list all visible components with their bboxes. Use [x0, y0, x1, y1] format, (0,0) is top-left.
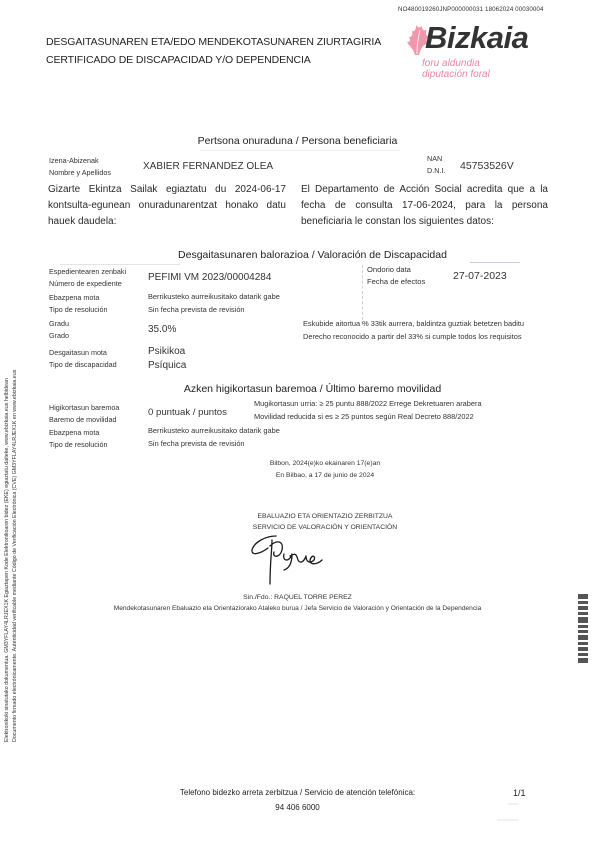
file-label-es: Número de expediente — [49, 278, 126, 290]
scale-label-es: Baremo de movilidad — [49, 414, 119, 426]
page-number: 1/1 — [513, 788, 526, 798]
id-label-es: D.N.I. — [427, 165, 445, 177]
mobility-note-es: Movilidad reducida si es ≥ 25 puntos seg… — [254, 410, 482, 423]
reference-code: NO480019260JNP000000031 18062024 0003000… — [398, 6, 544, 13]
faint-stamp: ▫▫▫▫▫ — [508, 802, 519, 808]
handwritten-signature — [248, 532, 338, 592]
mobility-resolution-label: Ebazpena mota Tipo de resolución — [49, 427, 107, 451]
statement-eu: Gizarte Ekintza Sailak egiaztatu du 2024… — [48, 182, 286, 230]
resolution-eu: Berrikusteko aurreikusitako datarik gabe — [148, 290, 280, 303]
beneficiary-name: XABIER FERNANDEZ OLEA — [143, 161, 273, 172]
mobility-scale-label: Higikortasun baremoa Baremo de movilidad — [49, 402, 119, 426]
mobility-resolution-label-eu: Ebazpena mota — [49, 427, 107, 439]
verification-line-es: Documento firmado electrónicamente. Aute… — [12, 370, 20, 742]
grade-value: 35.0% — [148, 324, 176, 335]
scale-label-eu: Higikortasun baremoa — [49, 402, 119, 414]
id-label: NAN D.N.I. — [427, 153, 445, 177]
logo-wordmark: Bizkaia — [425, 20, 528, 56]
mobility-points: 0 puntuak / puntos — [148, 407, 227, 418]
place-date-es: En Bilbao, a 17 de junio de 2024 — [190, 470, 460, 482]
logo-subtitle-eu: foru aldundia — [422, 58, 480, 69]
disability-type-value: Psikikoa Psíquica — [148, 345, 186, 373]
resolution-label-eu: Ebazpena mota — [49, 292, 107, 304]
grade-note-eu: Eskubide aitortua % 33tik aurrera, baldi… — [303, 317, 524, 330]
name-label-eu: Izena-Abizenak — [49, 155, 111, 167]
effect-label-es: Fecha de efectos — [367, 276, 425, 288]
file-label: Espedientearen zenbaki Número de expedie… — [49, 266, 126, 290]
document-title-eu: DESGAITASUNAREN ETA/EDO MENDEKOTASUNAREN… — [46, 36, 381, 48]
file-label-eu: Espedientearen zenbaki — [49, 266, 126, 278]
divider — [362, 265, 363, 325]
effect-date: 27-07-2023 — [453, 270, 507, 282]
resolution-es: Sin fecha prevista de revisión — [148, 303, 280, 316]
file-number: PEFIMI VM 2023/00004284 — [148, 272, 271, 283]
document-title-es: CERTIFICADO DE DISCAPACIDAD Y/O DEPENDEN… — [46, 54, 311, 66]
grade-label: Gradu Grado — [49, 318, 69, 342]
resolution-value: Berrikusteko aurreikusitako datarik gabe… — [148, 290, 280, 316]
grade-note-es: Derecho reconocido a partir del 33% si c… — [303, 330, 524, 343]
place-date-eu: Bilbon, 2024(e)ko ekainaren 17(e)an — [190, 458, 460, 470]
effect-label-eu: Ondorio data — [367, 264, 425, 276]
disability-heading: Desgaitasunaren balorazioa / Valoración … — [0, 249, 595, 261]
mobility-resolution-label-es: Tipo de resolución — [49, 439, 107, 451]
barcode — [578, 594, 588, 674]
phone-label: Telefono bidezko arreta zerbitzua / Serv… — [0, 788, 595, 797]
signature-service: EBALUAZIO ETA ORIENTAZIO ZERBITZUA SERVI… — [170, 511, 480, 533]
divider — [200, 150, 400, 151]
service-eu: EBALUAZIO ETA ORIENTAZIO ZERBITZUA — [170, 511, 480, 522]
phone-number: 94 406 6000 — [0, 803, 595, 812]
mobility-note: Mugikortasun urria: ≥ 25 puntu 888/2022 … — [254, 397, 482, 423]
type-label-eu: Desgaitasun mota — [49, 347, 117, 359]
verification-line-eu: Elektronikoki sinatutako dokumentua. GM3… — [4, 370, 12, 742]
grade-label-eu: Gradu — [49, 318, 69, 330]
beneficiary-id: 45753526V — [460, 160, 514, 172]
verification-sidebar: Elektronikoki sinatutako dokumentua. GM3… — [4, 370, 19, 742]
signer-position: Mendekotasunaren Ebaluazio eta Orientazi… — [0, 603, 595, 614]
disability-type-label: Desgaitasun mota Tipo de discapacidad — [49, 347, 117, 371]
faint-stamp: ▫▫▫▫▫▫▫▫▫▫ — [497, 818, 518, 824]
resolution-label: Ebazpena mota Tipo de resolución — [49, 292, 107, 316]
beneficiary-heading: Pertsona onuraduna / Persona beneficiari… — [0, 135, 595, 147]
effect-date-label: Ondorio data Fecha de efectos — [367, 264, 425, 288]
statement-es: El Departamento de Acción Social acredit… — [301, 182, 548, 230]
type-eu: Psikikoa — [148, 345, 186, 359]
divider — [470, 262, 520, 263]
grade-note: Eskubide aitortua % 33tik aurrera, baldi… — [303, 317, 524, 343]
divider — [60, 264, 180, 265]
id-label-eu: NAN — [427, 153, 445, 165]
mobility-resolution-es: Sin fecha prevista de revisión — [148, 437, 280, 450]
signed-by: Sin./Fdo.: RAQUEL TORRE PEREZ — [0, 592, 595, 603]
mobility-heading: Azken higikortasun baremoa / Último bare… — [0, 383, 595, 395]
mobility-resolution-value: Berrikusteko aurreikusitako datarik gabe… — [148, 424, 280, 450]
mobility-resolution-eu: Berrikusteko aurreikusitako datarik gabe — [148, 424, 280, 437]
logo-subtitle-es: diputación foral — [422, 69, 490, 80]
name-label-es: Nombre y Apellidos — [49, 167, 111, 179]
grade-label-es: Grado — [49, 330, 69, 342]
mobility-note-eu: Mugikortasun urria: ≥ 25 puntu 888/2022 … — [254, 397, 482, 410]
name-label: Izena-Abizenak Nombre y Apellidos — [49, 155, 111, 179]
place-date: Bilbon, 2024(e)ko ekainaren 17(e)an En B… — [190, 458, 460, 482]
type-es: Psíquica — [148, 359, 186, 373]
type-label-es: Tipo de discapacidad — [49, 359, 117, 371]
resolution-label-es: Tipo de resolución — [49, 304, 107, 316]
bizkaia-logo: Bizkaia foru aldundia diputación foral — [405, 18, 555, 88]
